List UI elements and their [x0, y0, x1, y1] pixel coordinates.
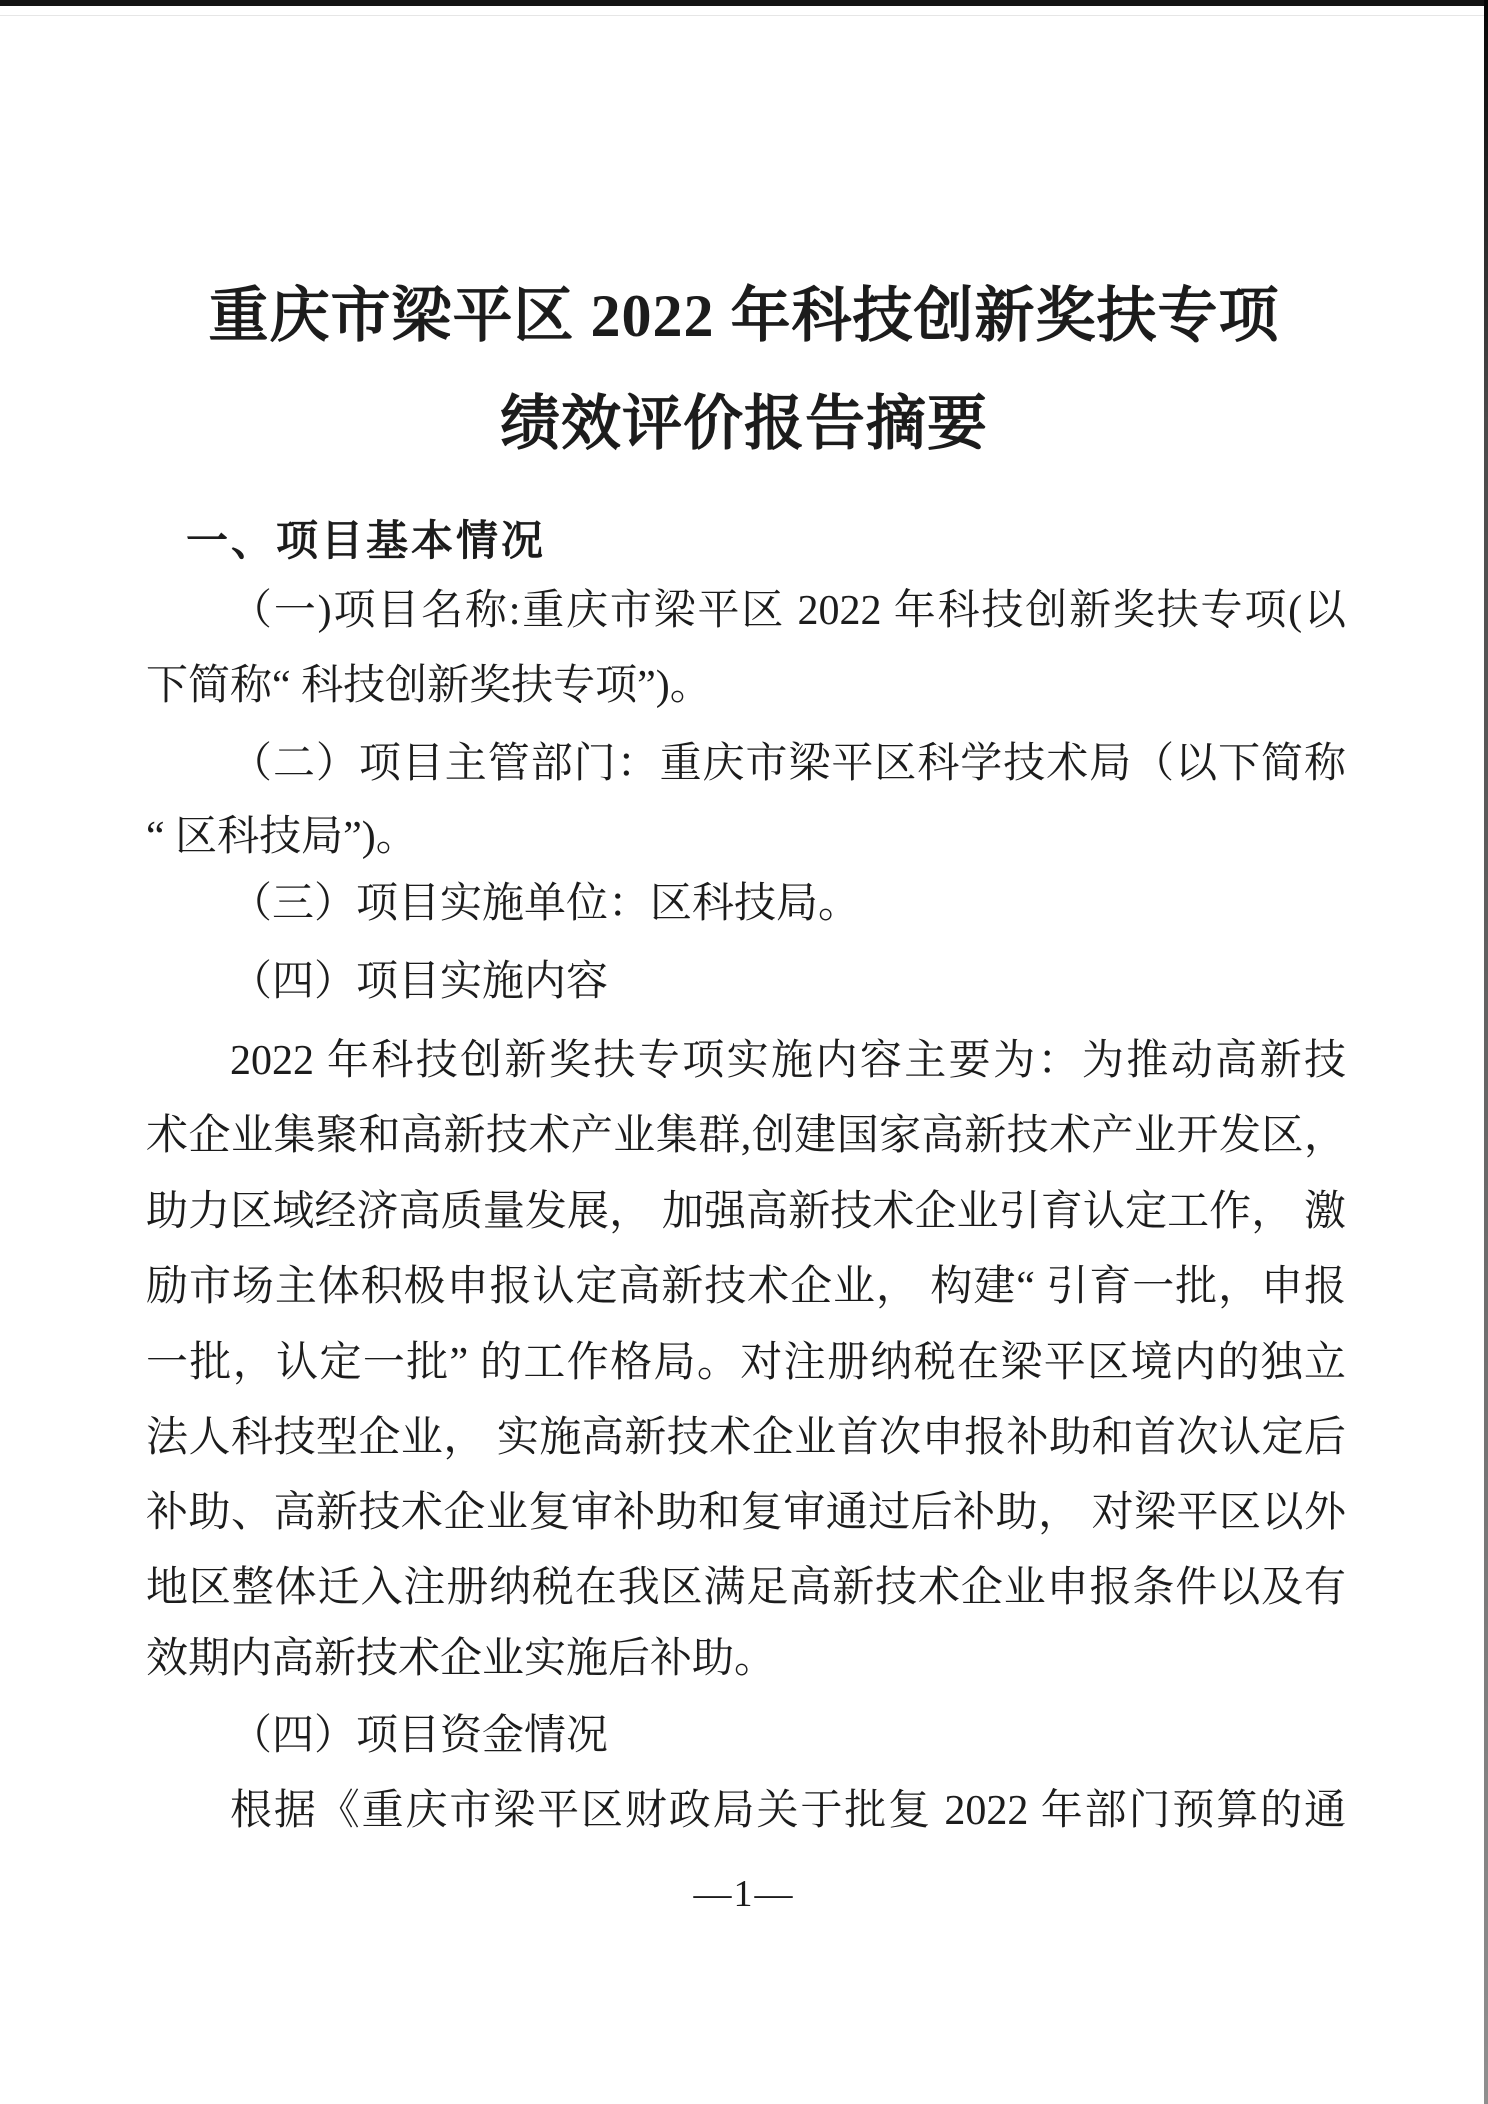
body-line: （二）项目主管部门：重庆市梁平区科学技术局（以下简称 [146, 733, 1346, 795]
body-line: 下简称“ 科技创新奖扶专项”)。 [146, 655, 1346, 717]
body-line: 励市场主体积极申报认定高新技术企业， 构建“ 引育一批，申报 [146, 1256, 1346, 1318]
document-page: 重庆市梁平区 2022 年科技创新奖扶专项 绩效评价报告摘要 一、项目基本情况 … [0, 0, 1488, 2104]
body-line: 补助、高新技术企业复审补助和复审通过后补助， 对梁平区以外 [146, 1482, 1346, 1544]
body-line: （一)项目名称:重庆市梁平区 2022 年科技创新奖扶专项(以 [146, 580, 1346, 642]
body-text-block: 一、项目基本情况 （一)项目名称:重庆市梁平区 2022 年科技创新奖扶专项(以… [146, 0, 1346, 2104]
body-line: 助力区域经济高质量发展， 加强高新技术企业引育认定工作， 激 [146, 1181, 1346, 1243]
body-line: “ 区科技局”)。 [146, 806, 1346, 868]
body-line: （三）项目实施单位：区科技局。 [146, 873, 1346, 935]
body-line: 效期内高新技术企业实施后补助。 [146, 1628, 1346, 1690]
subsection-heading-funding: （四）项目资金情况 [146, 1705, 1346, 1767]
body-line: 根据《重庆市梁平区财政局关于批复 2022 年部门预算的通 [146, 1780, 1346, 1842]
page-number: —1— [0, 1872, 1488, 1916]
section-heading-basic-info: 一、项目基本情况 [146, 510, 1386, 572]
subsection-heading-implementation: （四）项目实施内容 [146, 951, 1346, 1013]
body-line: 一批，认定一批” 的工作格局。对注册纳税在梁平区境内的独立 [146, 1332, 1346, 1394]
body-line: 2022 年科技创新奖扶专项实施内容主要为：为推动高新技 [146, 1030, 1346, 1092]
body-line: 地区整体迁入注册纳税在我区满足高新技术企业申报条件以及有 [146, 1557, 1346, 1619]
body-line: 法人科技型企业， 实施高新技术企业首次申报补助和首次认定后 [146, 1407, 1346, 1469]
body-line: 术企业集聚和高新技术产业集群,创建国家高新技术产业开发区， [146, 1105, 1346, 1167]
